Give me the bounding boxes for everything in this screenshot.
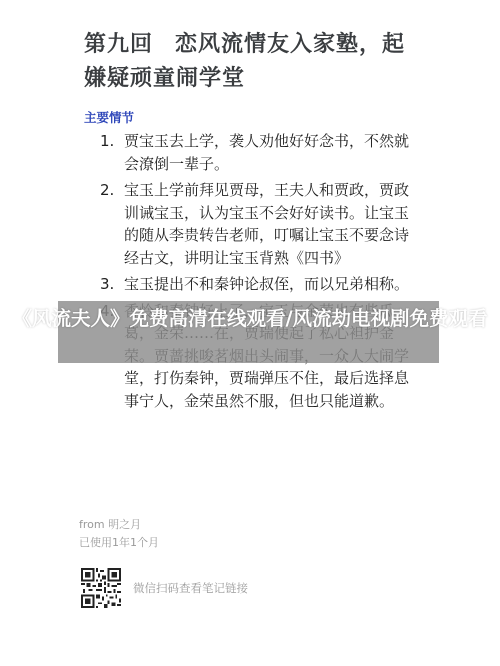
plot-item-number: 3. bbox=[100, 273, 122, 296]
note-title: 第九回恋风流情友入家塾，起嫌疑顽童闹学堂 bbox=[84, 28, 424, 96]
plot-item-3: 3. 宝玉提出不和秦钟论叔侄，而以兄弟相称。 bbox=[100, 273, 420, 296]
plot-item-2: 2. 宝玉上学前拜见贾母，王夫人和贾政，贾政训诫宝玉，认为宝玉不会好好读书。让宝… bbox=[100, 179, 420, 269]
note-page: 第九回恋风流情友入家塾，起嫌疑顽童闹学堂 主要情节 1. 贾宝玉去上学，袭人劝他… bbox=[0, 0, 500, 666]
plot-item-text: 宝玉上学前拜见贾母，王夫人和贾政，贾政训诫宝玉，认为宝玉不会好好读书。让宝玉的随… bbox=[124, 181, 409, 267]
plot-item-text: 贾宝玉去上学，袭人劝他好好念书，不然就会潦倒一辈子。 bbox=[124, 132, 409, 173]
qr-code-icon[interactable] bbox=[81, 568, 121, 608]
usage-duration: 已使用1年1个月 bbox=[79, 534, 159, 552]
plot-item-number: 2. bbox=[100, 179, 122, 202]
chapter-number: 第九回 bbox=[84, 32, 153, 57]
author-source: from 明之月 bbox=[79, 516, 141, 534]
plot-item-number: 1. bbox=[100, 130, 122, 153]
plot-list: 1. 贾宝玉去上学，袭人劝他好好念书，不然就会潦倒一辈子。 2. 宝玉上学前拜见… bbox=[100, 130, 420, 416]
plot-item-1: 1. 贾宝玉去上学，袭人劝他好好念书，不然就会潦倒一辈子。 bbox=[100, 130, 420, 175]
section-heading-main-plot: 主要情节 bbox=[84, 109, 134, 127]
overlay-banner-text: 《风流夫人》免费高清在线观看/风流劫电视剧免费观看 bbox=[0, 301, 500, 331]
qr-caption: 微信扫码查看笔记链接 bbox=[133, 579, 248, 597]
plot-item-text: 宝玉提出不和秦钟论叔侄，而以兄弟相称。 bbox=[124, 275, 409, 293]
overlay-banner: 《风流夫人》免费高清在线观看/风流劫电视剧免费观看 bbox=[58, 301, 439, 363]
